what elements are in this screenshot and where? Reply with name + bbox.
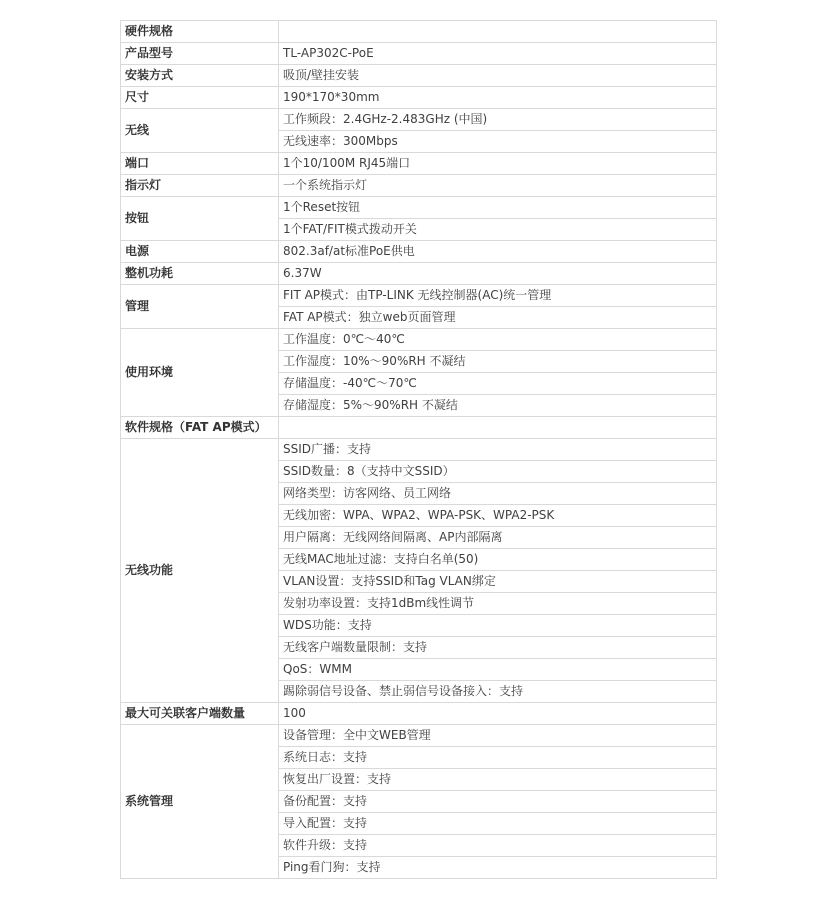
table-row: 使用环境工作温度：0℃～40℃ bbox=[121, 329, 717, 351]
spec-value-cell: 1个10/100M RJ45端口 bbox=[279, 153, 717, 175]
spec-value-cell: 802.3af/at标准PoE供电 bbox=[279, 241, 717, 263]
spec-value-cell: 备份配置：支持 bbox=[279, 791, 717, 813]
product-spec-table: 硬件规格产品型号TL-AP302C-PoE安装方式吸顶/壁挂安装尺寸190*17… bbox=[120, 20, 717, 879]
spec-label-cell: 电源 bbox=[121, 241, 279, 263]
spec-value-cell: 工作湿度：10%～90%RH 不凝结 bbox=[279, 351, 717, 373]
spec-value-cell bbox=[279, 21, 717, 43]
spec-value-cell: 190*170*30mm bbox=[279, 87, 717, 109]
spec-value-cell: VLAN设置：支持SSID和Tag VLAN绑定 bbox=[279, 571, 717, 593]
spec-value-cell: 1个FAT/FIT模式拨动开关 bbox=[279, 219, 717, 241]
spec-value-cell: 软件升级：支持 bbox=[279, 835, 717, 857]
spec-value-cell: 工作温度：0℃～40℃ bbox=[279, 329, 717, 351]
spec-value-cell: 系统日志：支持 bbox=[279, 747, 717, 769]
table-row: 无线工作频段：2.4GHz-2.483GHz (中国) bbox=[121, 109, 717, 131]
spec-label-cell: 无线功能 bbox=[121, 439, 279, 703]
spec-label-cell: 按钮 bbox=[121, 197, 279, 241]
spec-table-container: 硬件规格产品型号TL-AP302C-PoE安装方式吸顶/壁挂安装尺寸190*17… bbox=[120, 20, 717, 879]
spec-value-cell: 导入配置：支持 bbox=[279, 813, 717, 835]
table-row: 端口1个10/100M RJ45端口 bbox=[121, 153, 717, 175]
spec-value-cell: FIT AP模式：由TP-LINK 无线控制器(AC)统一管理 bbox=[279, 285, 717, 307]
spec-label-cell: 尺寸 bbox=[121, 87, 279, 109]
spec-value-cell: 100 bbox=[279, 703, 717, 725]
spec-value-cell: QoS：WMM bbox=[279, 659, 717, 681]
spec-value-cell: 无线速率：300Mbps bbox=[279, 131, 717, 153]
spec-value-cell: 无线MAC地址过滤：支持白名单(50) bbox=[279, 549, 717, 571]
spec-value-cell: SSID数量：8（支持中文SSID） bbox=[279, 461, 717, 483]
spec-value-cell: 吸顶/壁挂安装 bbox=[279, 65, 717, 87]
spec-section-header-cell: 软件规格（FAT AP模式） bbox=[121, 417, 279, 439]
spec-value-cell: 发射功率设置：支持1dBm线性调节 bbox=[279, 593, 717, 615]
spec-label-cell: 最大可关联客户端数量 bbox=[121, 703, 279, 725]
spec-value-cell: 设备管理：全中文WEB管理 bbox=[279, 725, 717, 747]
spec-label-cell: 使用环境 bbox=[121, 329, 279, 417]
spec-value-cell: 无线加密：WPA、WPA2、WPA-PSK、WPA2-PSK bbox=[279, 505, 717, 527]
spec-value-cell: 网络类型：访客网络、员工网络 bbox=[279, 483, 717, 505]
table-row: 产品型号TL-AP302C-PoE bbox=[121, 43, 717, 65]
spec-value-cell: 存储湿度：5%～90%RH 不凝结 bbox=[279, 395, 717, 417]
spec-label-cell: 系统管理 bbox=[121, 725, 279, 879]
spec-section-header-cell: 硬件规格 bbox=[121, 21, 279, 43]
spec-label-cell: 产品型号 bbox=[121, 43, 279, 65]
table-row: 整机功耗6.37W bbox=[121, 263, 717, 285]
spec-label-cell: 无线 bbox=[121, 109, 279, 153]
spec-value-cell bbox=[279, 417, 717, 439]
spec-label-cell: 端口 bbox=[121, 153, 279, 175]
table-row: 无线功能SSID广播：支持 bbox=[121, 439, 717, 461]
spec-label-cell: 指示灯 bbox=[121, 175, 279, 197]
table-row: 按钮1个Reset按钮 bbox=[121, 197, 717, 219]
spec-value-cell: 恢复出厂设置：支持 bbox=[279, 769, 717, 791]
spec-value-cell: 1个Reset按钮 bbox=[279, 197, 717, 219]
spec-table-body: 硬件规格产品型号TL-AP302C-PoE安装方式吸顶/壁挂安装尺寸190*17… bbox=[121, 21, 717, 879]
table-row: 电源802.3af/at标准PoE供电 bbox=[121, 241, 717, 263]
spec-value-cell: 踢除弱信号设备、禁止弱信号设备接入：支持 bbox=[279, 681, 717, 703]
spec-value-cell: 6.37W bbox=[279, 263, 717, 285]
table-row: 系统管理设备管理：全中文WEB管理 bbox=[121, 725, 717, 747]
table-row: 最大可关联客户端数量100 bbox=[121, 703, 717, 725]
spec-value-cell: 一个系统指示灯 bbox=[279, 175, 717, 197]
spec-label-cell: 安装方式 bbox=[121, 65, 279, 87]
table-row: 指示灯一个系统指示灯 bbox=[121, 175, 717, 197]
spec-value-cell: WDS功能：支持 bbox=[279, 615, 717, 637]
spec-value-cell: 工作频段：2.4GHz-2.483GHz (中国) bbox=[279, 109, 717, 131]
spec-value-cell: SSID广播：支持 bbox=[279, 439, 717, 461]
spec-value-cell: FAT AP模式：独立web页面管理 bbox=[279, 307, 717, 329]
spec-value-cell: 用户隔离：无线网络间隔离、AP内部隔离 bbox=[279, 527, 717, 549]
table-row: 硬件规格 bbox=[121, 21, 717, 43]
table-row: 尺寸190*170*30mm bbox=[121, 87, 717, 109]
spec-label-cell: 管理 bbox=[121, 285, 279, 329]
spec-label-cell: 整机功耗 bbox=[121, 263, 279, 285]
table-row: 管理FIT AP模式：由TP-LINK 无线控制器(AC)统一管理 bbox=[121, 285, 717, 307]
spec-value-cell: 无线客户端数量限制：支持 bbox=[279, 637, 717, 659]
spec-value-cell: Ping看门狗：支持 bbox=[279, 857, 717, 879]
table-row: 软件规格（FAT AP模式） bbox=[121, 417, 717, 439]
table-row: 安装方式吸顶/壁挂安装 bbox=[121, 65, 717, 87]
spec-value-cell: TL-AP302C-PoE bbox=[279, 43, 717, 65]
spec-value-cell: 存储温度：-40℃～70℃ bbox=[279, 373, 717, 395]
